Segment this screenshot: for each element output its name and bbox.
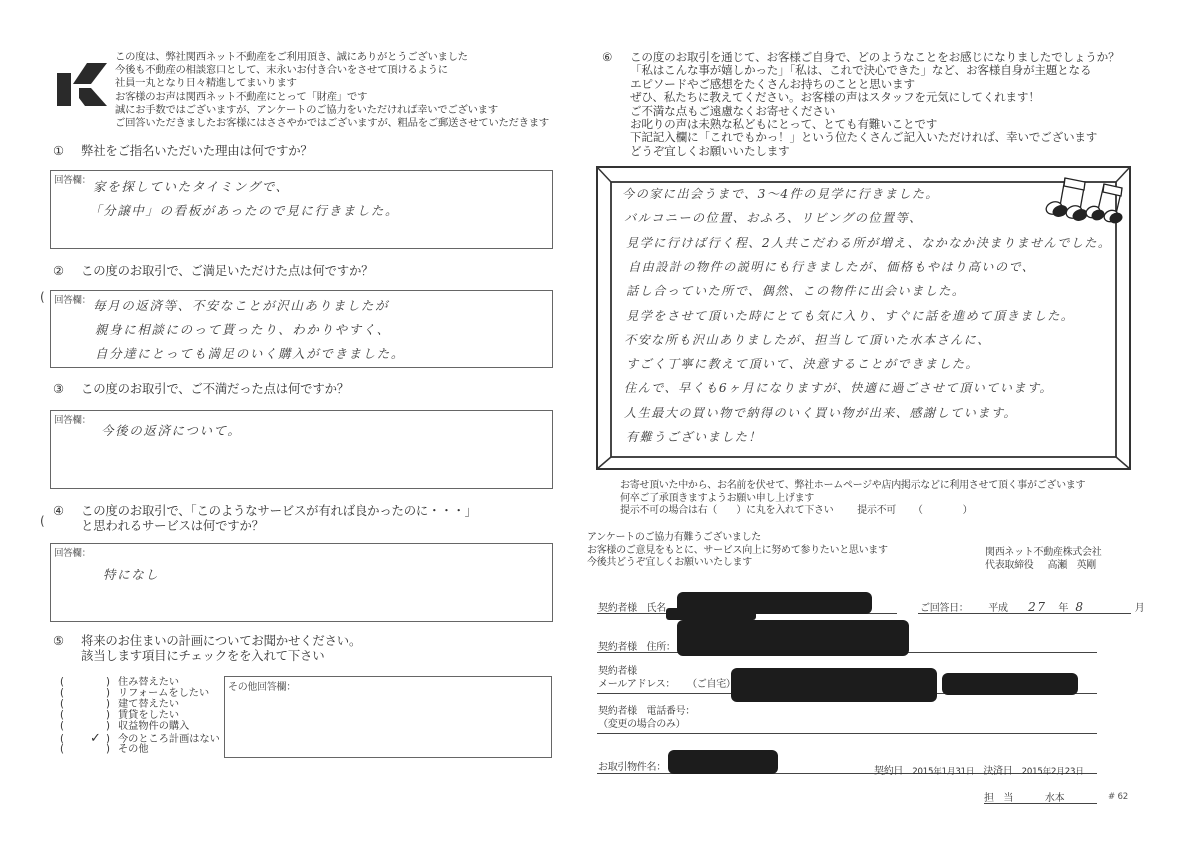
- handwritten-answer-line: 有難うございました！: [626, 428, 762, 445]
- company-logo-icon: [57, 60, 107, 110]
- redacted-address-field[interactable]: [677, 620, 909, 656]
- handwritten-answer-line: 話し合っていた所で、偶然、この物件に出会いました。: [626, 282, 965, 299]
- redacted-property-field[interactable]: [668, 750, 778, 774]
- settlement-date-label: 決済日: [983, 766, 1012, 777]
- question-text: お叱りの声は未熟な私どもにとって、とても有難いことです: [630, 117, 937, 131]
- question-text: 「私はこんな事が嬉しかった」「私は、これで決心できた」など、お客様自身が主題とな…: [630, 63, 1091, 77]
- question-text: この度のお取引で、ご満足いただけた点は何ですか？: [81, 263, 373, 278]
- question-number: ④: [53, 503, 81, 518]
- handwritten-answer-line: 特になし: [103, 565, 159, 583]
- plan-option-label: 賃貸をしたい: [118, 710, 179, 721]
- handwritten-answer-line: 自分達にとっても満足のいく購入ができました。: [95, 344, 405, 362]
- closing-text: アンケートのご協力有難うございました お客様のご意見をもとに、サービス向上に努め…: [587, 532, 888, 570]
- handwritten-answer-line: 親身に相談にのって貰ったり、わかりやすく、: [95, 320, 391, 338]
- address-label: 契約者様 住所：: [598, 638, 676, 653]
- question-1: ①弊社をご指名いただいた理由は何ですか？: [53, 143, 313, 158]
- answer-month[interactable]: 8: [1071, 600, 1089, 614]
- staff: 担 当 水本: [984, 789, 1064, 804]
- question-number: ⑥: [602, 51, 630, 64]
- consent-line: お寄せ頂いた中から、お名前を伏せて、弊社ホームページや店内掲示などに利用させて頂…: [620, 480, 1085, 493]
- handwritten-answer-line: 住んで、早くも6ヶ月になりますが、快適に過ごさせて頂いています。: [624, 379, 1053, 396]
- question-2: ②この度のお取引で、ご満足いただけた点は何ですか？: [53, 263, 373, 278]
- checkbox-close-paren: ): [106, 710, 118, 721]
- question-text: と思われるサービスは何ですか？: [81, 518, 264, 533]
- redacted-email-domain: [942, 673, 1078, 695]
- question-text: この度のお取引を通じて、お客様ご自身で、どのようなことをお感じになりましたでしょ…: [630, 50, 1119, 64]
- answer-box-1[interactable]: 回答欄： 家を探していたタイミングで、 「分譲中」の看板があったので見に行きまし…: [50, 170, 553, 249]
- intro-line: この度は、弊社関西ネット不動産をご利用頂き、誠にありがとうございました: [115, 51, 549, 64]
- opt-out-instruction: 提示不可の場合は右（ ）に丸を入れて下さい: [620, 505, 833, 516]
- question-text: この度のお取引で、ご不満だった点は何ですか？: [81, 381, 349, 396]
- question-6: ⑥この度のお取引を通じて、お客様ご自身で、どのようなことをお感じになりましたでし…: [602, 51, 1119, 158]
- handwritten-answer-line: 見学に行けば行く程、2人共こだわる所が増え、なかなか決まりませんでした。: [626, 234, 1111, 251]
- closing-line: 今後共どうぞ宜しくお願いいたします: [587, 557, 888, 570]
- company-signature: 関西ネット不動産株式会社 代表取締役高瀬 英剛: [985, 547, 1101, 572]
- redacted-email-field[interactable]: [731, 668, 937, 702]
- checkbox-open-paren: (: [60, 710, 90, 721]
- closing-line: お客様のご意見をもとに、サービス向上に努めて参りたいと思います: [587, 545, 888, 558]
- margin-bracket-mark: (: [40, 514, 45, 528]
- representative-title: 代表取締役: [985, 560, 1034, 571]
- answer-year[interactable]: 27: [1011, 600, 1047, 614]
- plan-option[interactable]: ()賃貸をしたい: [60, 710, 179, 721]
- plan-option-label: 住み替えたい: [118, 677, 179, 688]
- margin-bracket-mark: (: [40, 290, 45, 304]
- question-text: この度のお取引で、「このようなサービスが有れば良かったのに・・・」: [81, 503, 477, 518]
- plan-option[interactable]: ()その他: [60, 744, 149, 755]
- question-text: 弊社をご指名いただいた理由は何ですか？: [81, 143, 313, 158]
- staff-underline: [984, 803, 1097, 804]
- contract-dates: 契約日 2015年1月31日 決済日 2015年2月23日: [874, 759, 1084, 778]
- consent-line: 何卒ご了承頂きますようお願い申し上げます: [620, 493, 1085, 506]
- intro-line: 社員一丸となり日々精進してまいります: [115, 77, 549, 90]
- question-text: エピソードやご感想をたくさんお持ちのことと思います: [630, 77, 915, 91]
- plan-option[interactable]: ()建て替えたい: [60, 699, 179, 710]
- email-label: 契約者様 メールアドレス：（ご自宅）: [598, 666, 736, 691]
- phone-label: 契約者様 電話番号： （変更の場合のみ）: [598, 706, 695, 731]
- question-number: ②: [53, 263, 81, 278]
- settlement-date: 2015年2月23日: [1022, 767, 1084, 777]
- contract-date-label: 契約日: [874, 766, 903, 777]
- handwritten-answer-line: バルコニーの位置、おふろ、リビングの位置等、: [624, 209, 923, 226]
- intro-line: お客様のお声は関西ネット不動産にとって「財産」です: [115, 91, 549, 104]
- check-mark-icon[interactable]: ✓: [90, 733, 106, 744]
- handwritten-answer-line: 家を探していたタイミングで、: [93, 177, 290, 195]
- handwritten-answer-line: 不安な所も沢山ありましたが、担当して頂いた水本さんに、: [624, 331, 991, 348]
- answer-date-underline: [918, 613, 1131, 614]
- question-5: ⑤将来のお住まいの計画についてお聞かせください。 該当します項目にチェックをを入…: [53, 633, 361, 663]
- handwritten-answer-line: 毎月の返済等、不安なことが沢山ありましたが: [93, 296, 389, 314]
- handwritten-answer-line: 今後の返済について。: [101, 421, 242, 439]
- answer-label: 回答欄：: [54, 292, 91, 306]
- consent-text: お寄せ頂いた中から、お名前を伏せて、弊社ホームページや店内掲示などに利用させて頂…: [620, 480, 1085, 518]
- handwritten-answer-line: 自由設計の物件の説明にも行きましたが、価格もやはり高いので、: [628, 258, 1035, 275]
- answer-label: 回答欄：: [54, 412, 91, 426]
- question-text: 該当します項目にチェックをを入れて下さい: [81, 648, 324, 663]
- intro-text: この度は、弊社関西ネット不動産をご利用頂き、誠にありがとうございました 今後も不…: [115, 51, 549, 130]
- question-number: ⑤: [53, 633, 81, 648]
- plan-option[interactable]: ()リフォームをしたい: [60, 688, 209, 699]
- plan-option-label: 建て替えたい: [118, 699, 179, 710]
- company-name: 関西ネット不動産株式会社: [985, 547, 1101, 560]
- checkbox-open-paren: (: [60, 677, 90, 688]
- plan-option-label: リフォームをしたい: [118, 688, 209, 699]
- other-answer-label: その他回答欄：: [228, 678, 296, 693]
- checkbox-open-paren: (: [60, 744, 90, 755]
- answer-label: 回答欄：: [54, 545, 91, 559]
- plan-option[interactable]: ()住み替えたい: [60, 677, 179, 688]
- checkbox-close-paren: ): [106, 721, 118, 732]
- checkbox-close-paren: ): [106, 699, 118, 710]
- plan-option-label: その他: [118, 744, 149, 755]
- handwritten-answer-line: 「分譲中」の看板があったので見に行きました。: [89, 201, 399, 219]
- representative-name: 高瀬 英剛: [1048, 560, 1097, 571]
- plan-option-label: 収益物件の購入: [118, 721, 189, 732]
- question-4: ④この度のお取引で、「このようなサービスが有れば良かったのに・・・」 と思われる…: [53, 503, 477, 533]
- question-text: ご不満な点もご遠慮なくお寄せください: [630, 104, 835, 118]
- opt-out-checkbox[interactable]: （）: [913, 505, 972, 518]
- checkbox-open-paren: (: [60, 699, 90, 710]
- question-text: 将来のお住まいの計画についてお聞かせください。: [81, 633, 361, 648]
- redaction-mark: [666, 608, 756, 620]
- sheet-number: # 62: [1108, 792, 1128, 802]
- handwritten-answer-line: すごく丁寧に教えて頂いて、決意することができました。: [626, 355, 979, 372]
- handwritten-answer-line: 人生最大の買い物で納得のいく買い物が出来、感謝しています。: [624, 404, 1017, 421]
- checkbox-close-paren: ): [106, 744, 118, 755]
- intro-line: 今後も不動産の相談窓口として、末永いお付き合いをさせて頂けるように: [115, 64, 549, 77]
- q6-answer-area[interactable]: 今の家に出会うまで、3〜4件の見学に行きました。バルコニーの位置、おふろ、リビン…: [622, 185, 1102, 453]
- intro-line: 誠にお手数ではございますが、アンケートのご協力をいただければ幸いでございます: [115, 104, 549, 117]
- email-type: （ご自宅）: [687, 679, 736, 690]
- contract-date: 2015年1月31日: [912, 767, 974, 777]
- question-number: ①: [53, 143, 81, 158]
- handwritten-answer-line: 今の家に出会うまで、3〜4件の見学に行きました。: [622, 185, 939, 202]
- opt-out-label: 提示不可: [857, 505, 896, 516]
- intro-line: ご回答いただきましたお客様にはささやかではございますが、粗品をご郵送させていただ…: [115, 117, 549, 130]
- answer-box-4[interactable]: 回答欄： 特になし: [50, 543, 553, 622]
- handwritten-answer-line: 見学をさせて頂いた時にとても気に入り、すぐに話を進めて頂きました。: [626, 307, 1074, 324]
- checkbox-close-paren: ): [106, 677, 118, 688]
- answer-box-2[interactable]: 回答欄： 毎月の返済等、不安なことが沢山ありましたが 親身に相談にのって貰ったり…: [50, 290, 553, 368]
- checkbox-close-paren: ): [106, 688, 118, 699]
- phone-underline: [597, 733, 1097, 734]
- name-label: 契約者様 氏名: [598, 599, 666, 614]
- answer-box-3[interactable]: 回答欄： 今後の返済について。: [50, 410, 553, 489]
- question-text: ぜひ、私たちに教えてください。お客様の声はスタッフを元気にしてくれます！: [630, 90, 1040, 104]
- plan-option[interactable]: ()収益物件の購入: [60, 721, 189, 732]
- checkbox-open-paren: (: [60, 688, 90, 699]
- answer-label: 回答欄：: [54, 172, 91, 186]
- month-unit: 月: [1135, 603, 1145, 614]
- question-text: どうぞ宜しくお願いいたします: [630, 144, 790, 158]
- question-text: 下記記入欄に「これでもかっ！」という位たくさんご記入いただければ、幸いでございま…: [630, 130, 1097, 144]
- checkbox-open-paren: (: [60, 721, 90, 732]
- other-answer-box[interactable]: その他回答欄：: [224, 676, 552, 758]
- question-3: ③この度のお取引で、ご不満だった点は何ですか？: [53, 381, 349, 396]
- closing-line: アンケートのご協力有難うございました: [587, 532, 888, 545]
- answer-date: ご回答日： 平成 27 年 8 月: [920, 599, 1144, 614]
- question-number: ③: [53, 381, 81, 396]
- property-label: お取引物件名：: [598, 758, 666, 773]
